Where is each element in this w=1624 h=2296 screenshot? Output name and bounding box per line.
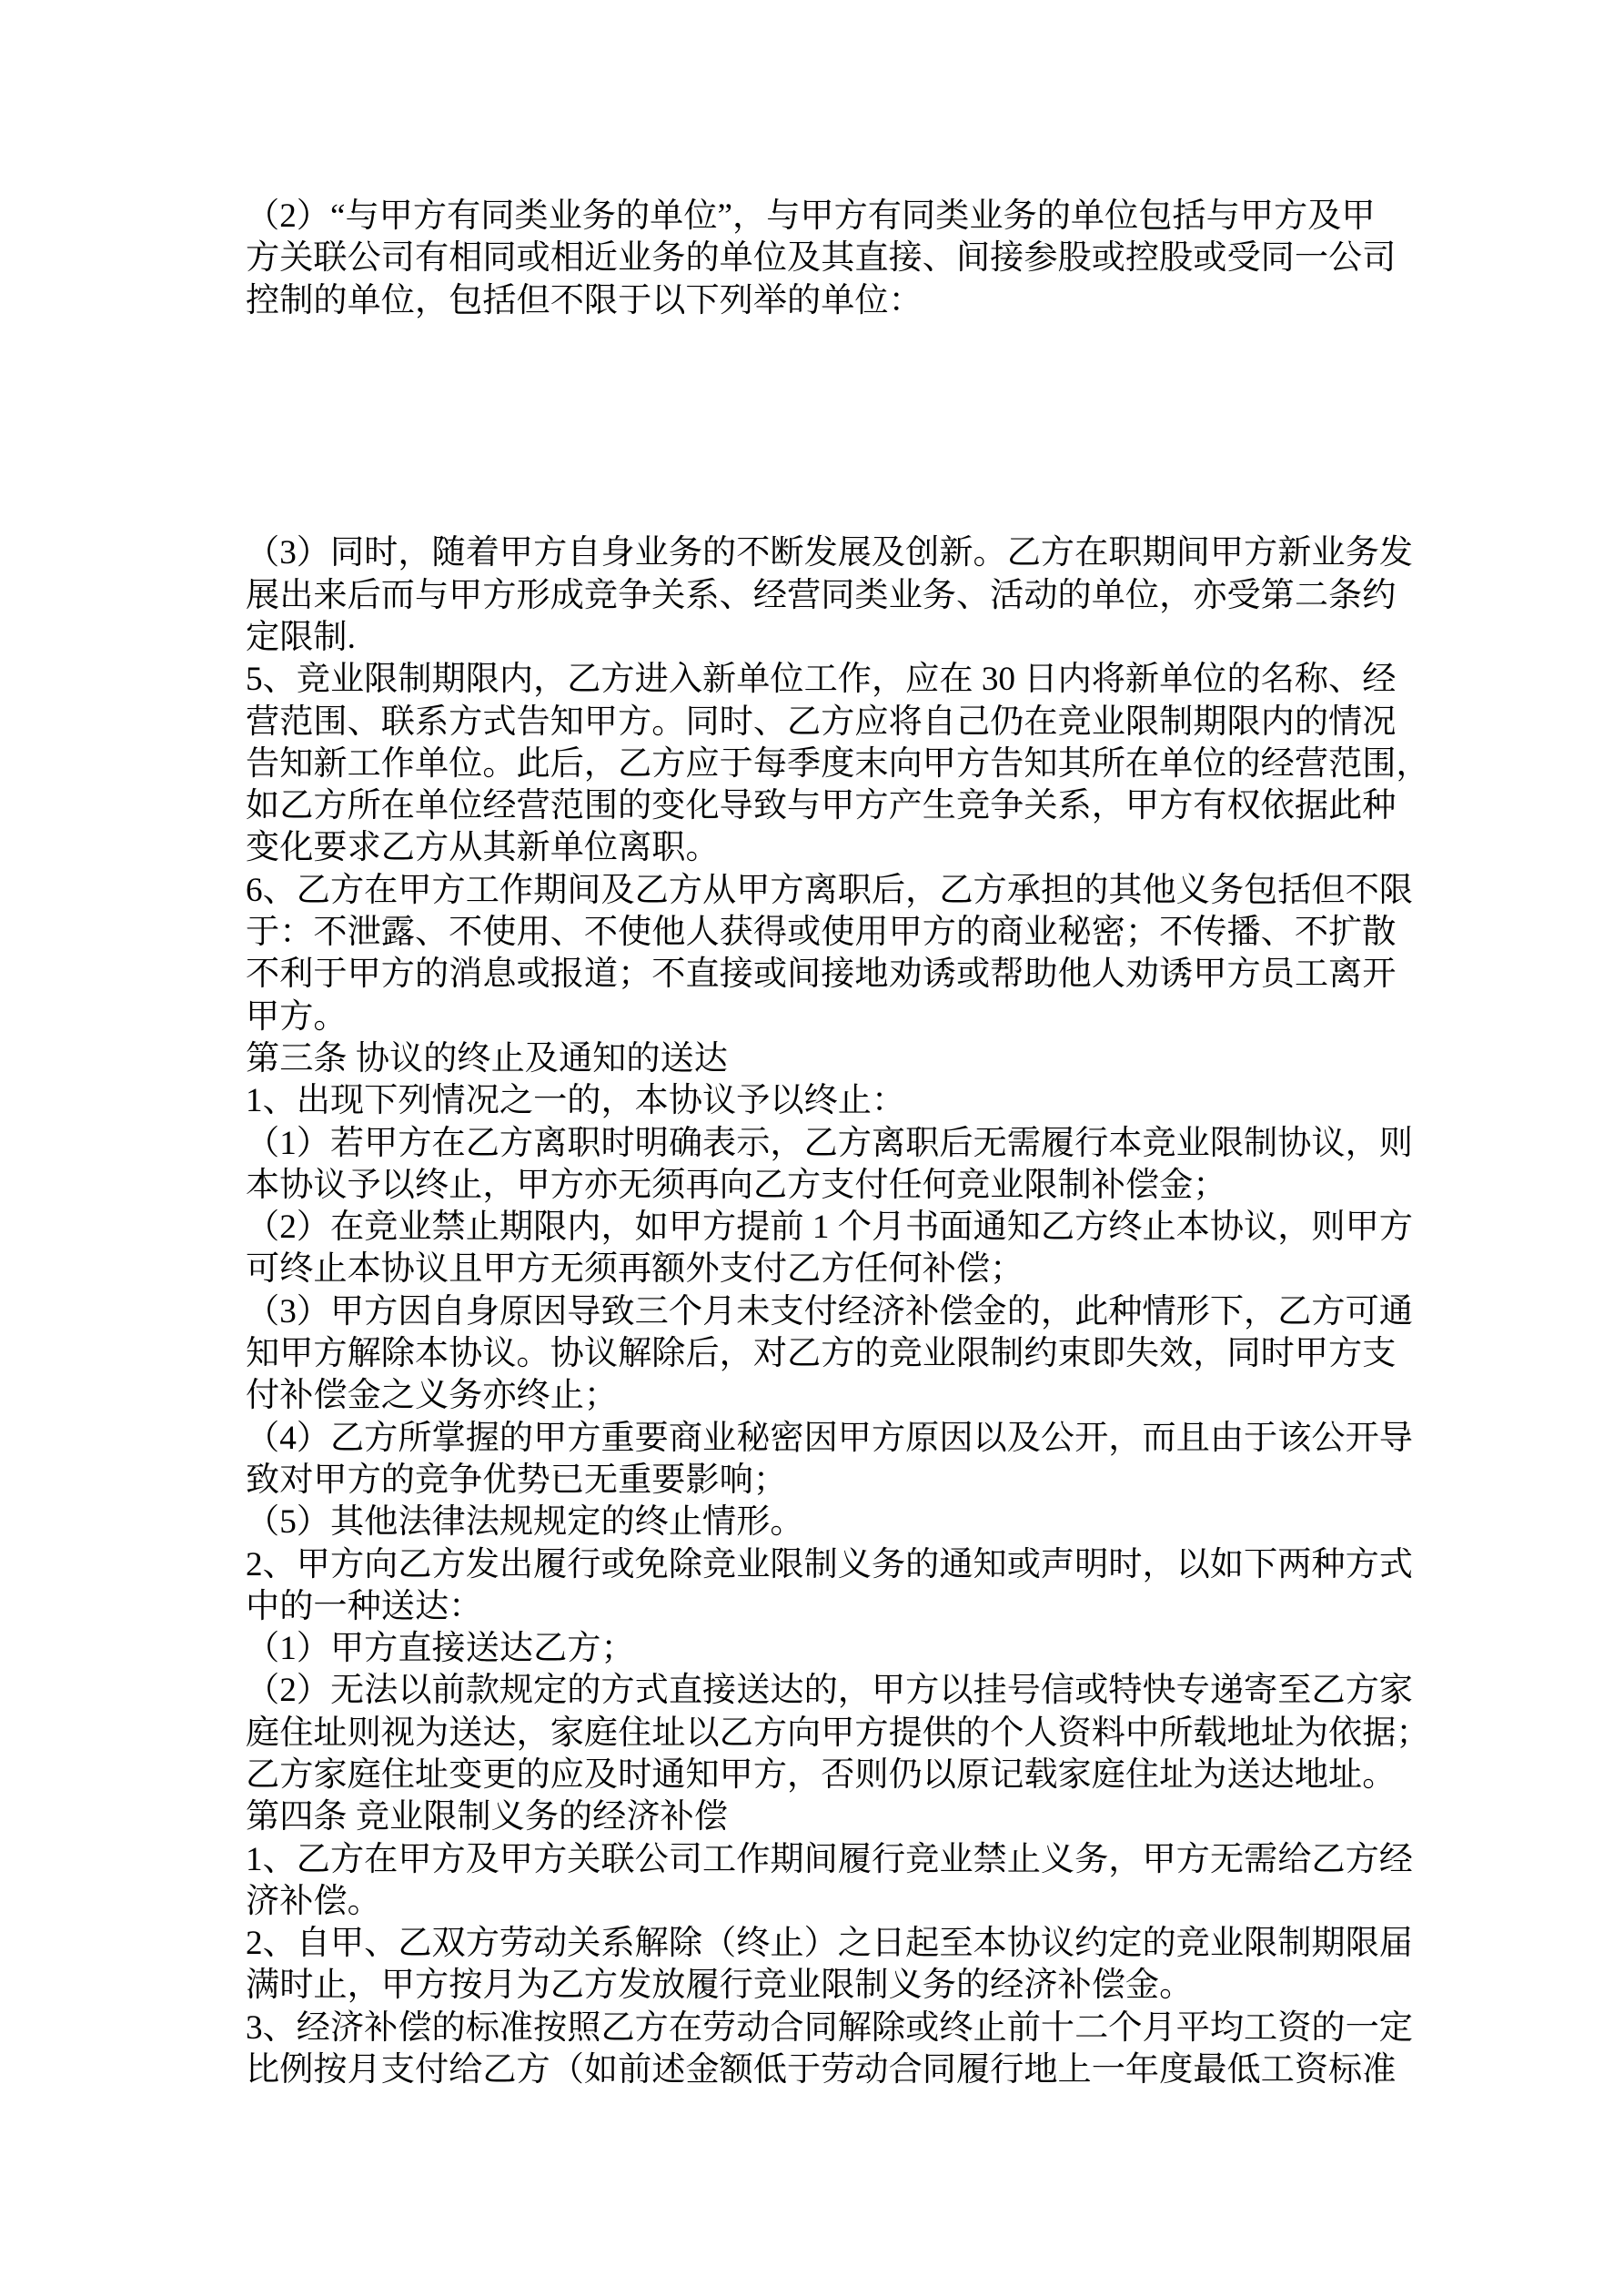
- text-line: 满时止，甲方按月为乙方发放履行竞业限制义务的经济补偿金。: [246, 1965, 1390, 2007]
- text-line: 5、竞业限制期限内，乙方进入新单位工作，应在 30 日内将新单位的名称、经: [246, 659, 1390, 701]
- text-line: 控制的单位，包括但不限于以下列举的单位：: [246, 280, 1390, 322]
- text-line: 变化要求乙方从其新单位离职。: [246, 827, 1390, 869]
- text-line: 乙方家庭住址变更的应及时通知甲方，否则仍以原记载家庭住址为送达地址。: [246, 1755, 1390, 1796]
- text-line: 1、乙方在甲方及甲方关联公司工作期间履行竞业禁止义务，甲方无需给乙方经: [246, 1839, 1390, 1881]
- text-line: 甲方。: [246, 996, 1390, 1038]
- document-body: （2）“与甲方有同类业务的单位”，与甲方有同类业务的单位包括与甲方及甲方关联公司…: [246, 196, 1390, 2091]
- text-line: 3、经济补偿的标准按照乙方在劳动合同解除或终止前十二个月平均工资的一定: [246, 2008, 1390, 2049]
- text-line: （2）无法以前款规定的方式直接送达的，甲方以挂号信或特快专递寄至乙方家: [246, 1670, 1390, 1712]
- text-line: 展出来后而与甲方形成竞争关系、经营同类业务、活动的单位，亦受第二条约: [246, 575, 1390, 617]
- text-line: 可终止本协议且甲方无须再额外支付乙方任何补偿；: [246, 1249, 1390, 1290]
- blank-line: [246, 364, 1390, 406]
- text-line: 比例按月支付给乙方（如前述金额低于劳动合同履行地上一年度最低工资标准: [246, 2049, 1390, 2091]
- text-line: （3）同时，随着甲方自身业务的不断发展及创新。乙方在职期间甲方新业务发: [246, 532, 1390, 574]
- text-line: 第四条 竞业限制义务的经济补偿: [246, 1796, 1390, 1838]
- text-line: 2、自甲、乙双方劳动关系解除（终止）之日起至本协议约定的竞业限制期限届: [246, 1923, 1390, 1965]
- text-line: 第三条 协议的终止及通知的送达: [246, 1038, 1390, 1080]
- blank-line: [246, 449, 1390, 491]
- text-line: 知甲方解除本协议。协议解除后，对乙方的竞业限制约束即失效，同时甲方支: [246, 1333, 1390, 1375]
- text-line: 方关联公司有相同或相近业务的单位及其直接、间接参股或控股或受同一公司: [246, 238, 1390, 279]
- text-line: 1、出现下列情况之一的，本协议予以终止：: [246, 1080, 1390, 1122]
- text-line: 于：不泄露、不使用、不使他人获得或使用甲方的商业秘密；不传播、不扩散: [246, 912, 1390, 954]
- text-line: （4）乙方所掌握的甲方重要商业秘密因甲方原因以及公开，而且由于该公开导: [246, 1418, 1390, 1460]
- text-line: 付补偿金之义务亦终止；: [246, 1375, 1390, 1417]
- text-line: 6、乙方在甲方工作期间及乙方从甲方离职后，乙方承担的其他义务包括但不限: [246, 870, 1390, 912]
- text-line: 2、甲方向乙方发出履行或免除竞业限制义务的通知或声明时，以如下两种方式: [246, 1544, 1390, 1586]
- text-line: 本协议予以终止，甲方亦无须再向乙方支付任何竞业限制补偿金；: [246, 1165, 1390, 1207]
- text-line: 如乙方所在单位经营范围的变化导致与甲方产生竞争关系，甲方有权依据此种: [246, 785, 1390, 827]
- text-line: 庭住址则视为送达，家庭住址以乙方向甲方提供的个人资料中所载地址为依据；: [246, 1713, 1390, 1755]
- text-line: 营范围、联系方式告知甲方。同时、乙方应将自己仍在竞业限制期限内的情况: [246, 702, 1390, 743]
- text-line: 不利于甲方的消息或报道；不直接或间接地劝诱或帮助他人劝诱甲方员工离开: [246, 954, 1390, 996]
- text-line: （1）甲方直接送达乙方；: [246, 1628, 1390, 1670]
- blank-line: [246, 406, 1390, 448]
- text-line: 中的一种送达：: [246, 1586, 1390, 1628]
- document-page: （2）“与甲方有同类业务的单位”，与甲方有同类业务的单位包括与甲方及甲方关联公司…: [0, 0, 1624, 2296]
- text-line: 定限制.: [246, 617, 1390, 659]
- blank-line: [246, 322, 1390, 364]
- text-line: 致对甲方的竞争优势已无重要影响；: [246, 1460, 1390, 1502]
- text-line: （2）“与甲方有同类业务的单位”，与甲方有同类业务的单位包括与甲方及甲: [246, 196, 1390, 238]
- text-line: （1）若甲方在乙方离职时明确表示，乙方离职后无需履行本竞业限制协议，则: [246, 1123, 1390, 1165]
- blank-line: [246, 491, 1390, 532]
- text-line: （3）甲方因自身原因导致三个月未支付经济补偿金的，此种情形下，乙方可通: [246, 1291, 1390, 1333]
- text-line: （5）其他法律法规规定的终止情形。: [246, 1502, 1390, 1543]
- text-line: （2）在竞业禁止期限内，如甲方提前 1 个月书面通知乙方终止本协议，则甲方: [246, 1207, 1390, 1249]
- text-line: 济补偿。: [246, 1881, 1390, 1923]
- text-line: 告知新工作单位。此后，乙方应于每季度末向甲方告知其所在单位的经营范围，: [246, 743, 1390, 785]
